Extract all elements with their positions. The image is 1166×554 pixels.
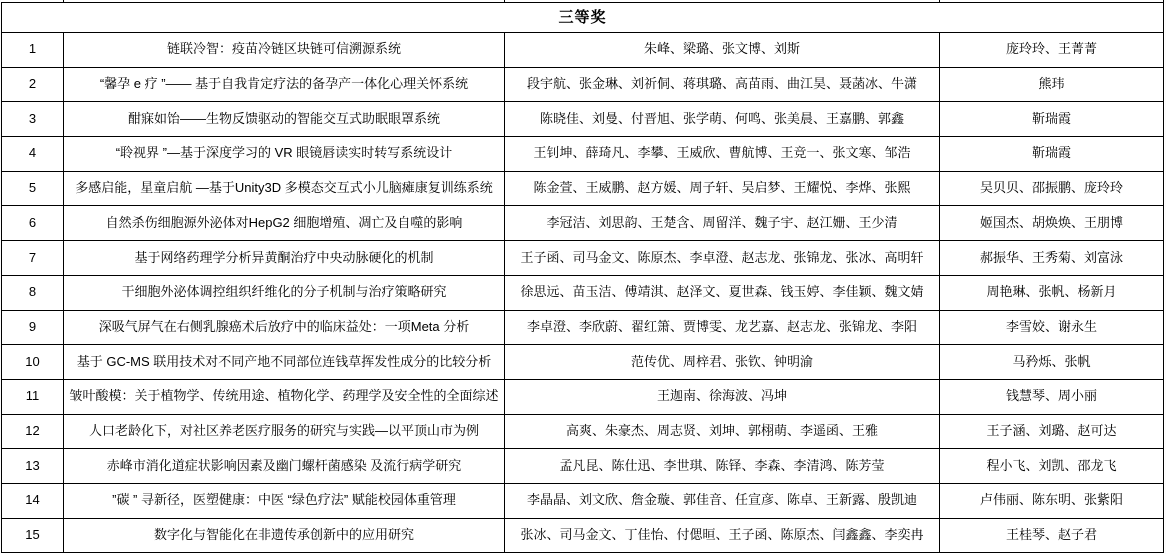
cell-row-number: 7 xyxy=(2,241,64,276)
table-row: 6自然杀伤细胞源外泌体对HepG2 细胞增殖、凋亡及自噬的影响李冠洁、刘思韵、王… xyxy=(2,206,1164,241)
cell-team-members: 陈晓佳、刘曼、付晋旭、张学萌、何鸣、张美晨、王嘉鹏、郭鑫 xyxy=(505,102,940,137)
grid-line-stub xyxy=(504,0,505,2)
cell-row-number: 3 xyxy=(2,102,64,137)
cell-project-title: 数字化与智能化在非遗传承创新中的应用研究 xyxy=(64,518,505,553)
cell-row-number: 2 xyxy=(2,67,64,102)
table-row: 12人口老龄化下，对社区养老医疗服务的研究与实践—以平顶山市为例高爽、朱豪杰、周… xyxy=(2,414,1164,449)
cell-project-title: ”碳 ” 寻新径，医塑健康：中医 “绿色疗法” 赋能校园体重管理 xyxy=(64,483,505,518)
cell-advisors: 王子涵、刘璐、赵可达 xyxy=(940,414,1164,449)
table-row: 10基于 GC-MS 联用技术对不同产地不同部位连钱草挥发性成分的比较分析范传优… xyxy=(2,345,1164,380)
cell-project-title: 酣寐如饴——生物反馈驱动的智能交互式助眠眼罩系统 xyxy=(64,102,505,137)
table-row: 7基于网络药理学分析异黄酮治疗中央动脉硬化的机制王子函、司马金文、陈原杰、李卓澄… xyxy=(2,241,1164,276)
cell-project-title: 链联冷智：疫苗冷链区块链可信溯源系统 xyxy=(64,33,505,68)
cell-team-members: 李冠洁、刘思韵、王楚含、周留洋、魏子宇、赵江姗、王少清 xyxy=(505,206,940,241)
table-row: 3酣寐如饴——生物反馈驱动的智能交互式助眠眼罩系统陈晓佳、刘曼、付晋旭、张学萌、… xyxy=(2,102,1164,137)
table-title: 三等奖 xyxy=(2,3,1164,33)
cell-team-members: 王子函、司马金文、陈原杰、李卓澄、赵志龙、张锦龙、张冰、高明轩 xyxy=(505,241,940,276)
cell-team-members: 高爽、朱豪杰、周志贤、刘坤、郭栩萌、李遥函、王雅 xyxy=(505,414,940,449)
cell-project-title: 皱叶酸模：关于植物学、传统用途、植物化学、药理学及安全性的全面综述 xyxy=(64,379,505,414)
cell-project-title: 基于网络药理学分析异黄酮治疗中央动脉硬化的机制 xyxy=(64,241,505,276)
cell-advisors: 马矜烁、张帆 xyxy=(940,345,1164,380)
table-row: 14”碳 ” 寻新径，医塑健康：中医 “绿色疗法” 赋能校园体重管理李晶晶、刘文… xyxy=(2,483,1164,518)
cell-project-title: 基于 GC-MS 联用技术对不同产地不同部位连钱草挥发性成分的比较分析 xyxy=(64,345,505,380)
table-row: 9深吸气屏气在右侧乳腺癌术后放疗中的临床益处：一项Meta 分析李卓澄、李欣蔚、… xyxy=(2,310,1164,345)
cell-row-number: 13 xyxy=(2,449,64,484)
cell-advisors: 程小飞、刘凯、邵龙飞 xyxy=(940,449,1164,484)
cell-row-number: 12 xyxy=(2,414,64,449)
cell-row-number: 11 xyxy=(2,379,64,414)
cell-project-title: 人口老龄化下，对社区养老医疗服务的研究与实践—以平顶山市为例 xyxy=(64,414,505,449)
cell-project-title: 赤峰市消化道症状影响因素及幽门螺杆菌感染 及流行病学研究 xyxy=(64,449,505,484)
cell-advisors: 吴贝贝、邵振鹏、庞玲玲 xyxy=(940,171,1164,206)
cell-row-number: 1 xyxy=(2,33,64,68)
cell-row-number: 9 xyxy=(2,310,64,345)
table-body: 1链联冷智：疫苗冷链区块链可信溯源系统朱峰、梁璐、张文博、刘斯庞玲玲、王菁菁2“… xyxy=(2,33,1164,553)
cell-project-title: “馨孕 e 疗 ”—— 基于自我肯定疗法的备孕产一体化心理关怀系统 xyxy=(64,67,505,102)
cropped-row-remnant xyxy=(1,0,1164,2)
cell-team-members: 李晶晶、刘文欣、詹金璇、郭佳音、任宣彦、陈卓、王新露、殷凯迪 xyxy=(505,483,940,518)
cell-project-title: 多感启能，星童启航 —基于Unity3D 多模态交互式小儿脑瘫康复训练系统 xyxy=(64,171,505,206)
cell-advisors: 王桂琴、赵子君 xyxy=(940,518,1164,553)
cell-advisors: 周艳琳、张帆、杨新月 xyxy=(940,275,1164,310)
cell-advisors: 庞玲玲、王菁菁 xyxy=(940,33,1164,68)
cell-project-title: 深吸气屏气在右侧乳腺癌术后放疗中的临床益处：一项Meta 分析 xyxy=(64,310,505,345)
cell-row-number: 8 xyxy=(2,275,64,310)
cell-team-members: 徐思远、苗玉洁、傅靖淇、赵泽文、夏世森、钱玉婷、李佳颖、魏文婧 xyxy=(505,275,940,310)
table-row: 4“聆视界 ”—基于深度学习的 VR 眼镜唇读实时转写系统设计王钊坤、薛琦凡、李… xyxy=(2,137,1164,172)
table-row: 1链联冷智：疫苗冷链区块链可信溯源系统朱峰、梁璐、张文博、刘斯庞玲玲、王菁菁 xyxy=(2,33,1164,68)
cell-team-members: 陈金萱、王威鹏、赵方媛、周子轩、吴启梦、王耀悦、李烨、张熙 xyxy=(505,171,940,206)
cell-team-members: 朱峰、梁璐、张文博、刘斯 xyxy=(505,33,940,68)
table-row: 11皱叶酸模：关于植物学、传统用途、植物化学、药理学及安全性的全面综述王迦南、徐… xyxy=(2,379,1164,414)
cell-advisors: 靳瑞霞 xyxy=(940,102,1164,137)
cell-team-members: 王钊坤、薛琦凡、李攀、王威欣、曹航博、王竞一、张文寒、邹浩 xyxy=(505,137,940,172)
table-row: 15数字化与智能化在非遗传承创新中的应用研究张冰、司马金文、丁佳怡、付偲晅、王子… xyxy=(2,518,1164,553)
grid-line-stub xyxy=(1163,0,1164,2)
cell-row-number: 5 xyxy=(2,171,64,206)
cell-row-number: 10 xyxy=(2,345,64,380)
cell-advisors: 熊玮 xyxy=(940,67,1164,102)
cell-team-members: 孟凡昆、陈仕迅、李世琪、陈铎、李森、李清鸿、陈芳莹 xyxy=(505,449,940,484)
grid-line-stub xyxy=(939,0,940,2)
cell-row-number: 4 xyxy=(2,137,64,172)
cell-row-number: 14 xyxy=(2,483,64,518)
cell-team-members: 张冰、司马金文、丁佳怡、付偲晅、王子函、陈原杰、闫鑫鑫、李奕冉 xyxy=(505,518,940,553)
awards-table: 三等奖 1链联冷智：疫苗冷链区块链可信溯源系统朱峰、梁璐、张文博、刘斯庞玲玲、王… xyxy=(1,2,1164,553)
cell-advisors: 钱慧琴、周小丽 xyxy=(940,379,1164,414)
cell-advisors: 李雪姣、谢永生 xyxy=(940,310,1164,345)
cell-advisors: 姬国杰、胡焕焕、王朋博 xyxy=(940,206,1164,241)
cell-advisors: 卢伟丽、陈东明、张紫阳 xyxy=(940,483,1164,518)
table-row: 8干细胞外泌体调控组织纤维化的分子机制与治疗策略研究徐思远、苗玉洁、傅靖淇、赵泽… xyxy=(2,275,1164,310)
document-page: 三等奖 1链联冷智：疫苗冷链区块链可信溯源系统朱峰、梁璐、张文博、刘斯庞玲玲、王… xyxy=(1,0,1165,554)
grid-line-stub xyxy=(63,0,64,2)
cell-team-members: 段宇航、张金琳、刘祈侗、蒋琪璐、高苗雨、曲江昊、聂菡冰、牛潇 xyxy=(505,67,940,102)
cell-advisors: 郝振华、王秀菊、刘富泳 xyxy=(940,241,1164,276)
cell-team-members: 王迦南、徐海波、冯坤 xyxy=(505,379,940,414)
cell-advisors: 靳瑞霞 xyxy=(940,137,1164,172)
cell-row-number: 6 xyxy=(2,206,64,241)
cell-team-members: 李卓澄、李欣蔚、翟红箫、贾博雯、龙艺嘉、赵志龙、张锦龙、李阳 xyxy=(505,310,940,345)
cell-project-title: 干细胞外泌体调控组织纤维化的分子机制与治疗策略研究 xyxy=(64,275,505,310)
table-row: 2“馨孕 e 疗 ”—— 基于自我肯定疗法的备孕产一体化心理关怀系统段宇航、张金… xyxy=(2,67,1164,102)
table-row: 13赤峰市消化道症状影响因素及幽门螺杆菌感染 及流行病学研究孟凡昆、陈仕迅、李世… xyxy=(2,449,1164,484)
cell-project-title: “聆视界 ”—基于深度学习的 VR 眼镜唇读实时转写系统设计 xyxy=(64,137,505,172)
cell-team-members: 范传优、周梓君、张钦、钟明渝 xyxy=(505,345,940,380)
table-title-row: 三等奖 xyxy=(2,3,1164,33)
cell-row-number: 15 xyxy=(2,518,64,553)
cell-project-title: 自然杀伤细胞源外泌体对HepG2 细胞增殖、凋亡及自噬的影响 xyxy=(64,206,505,241)
table-row: 5多感启能，星童启航 —基于Unity3D 多模态交互式小儿脑瘫康复训练系统陈金… xyxy=(2,171,1164,206)
